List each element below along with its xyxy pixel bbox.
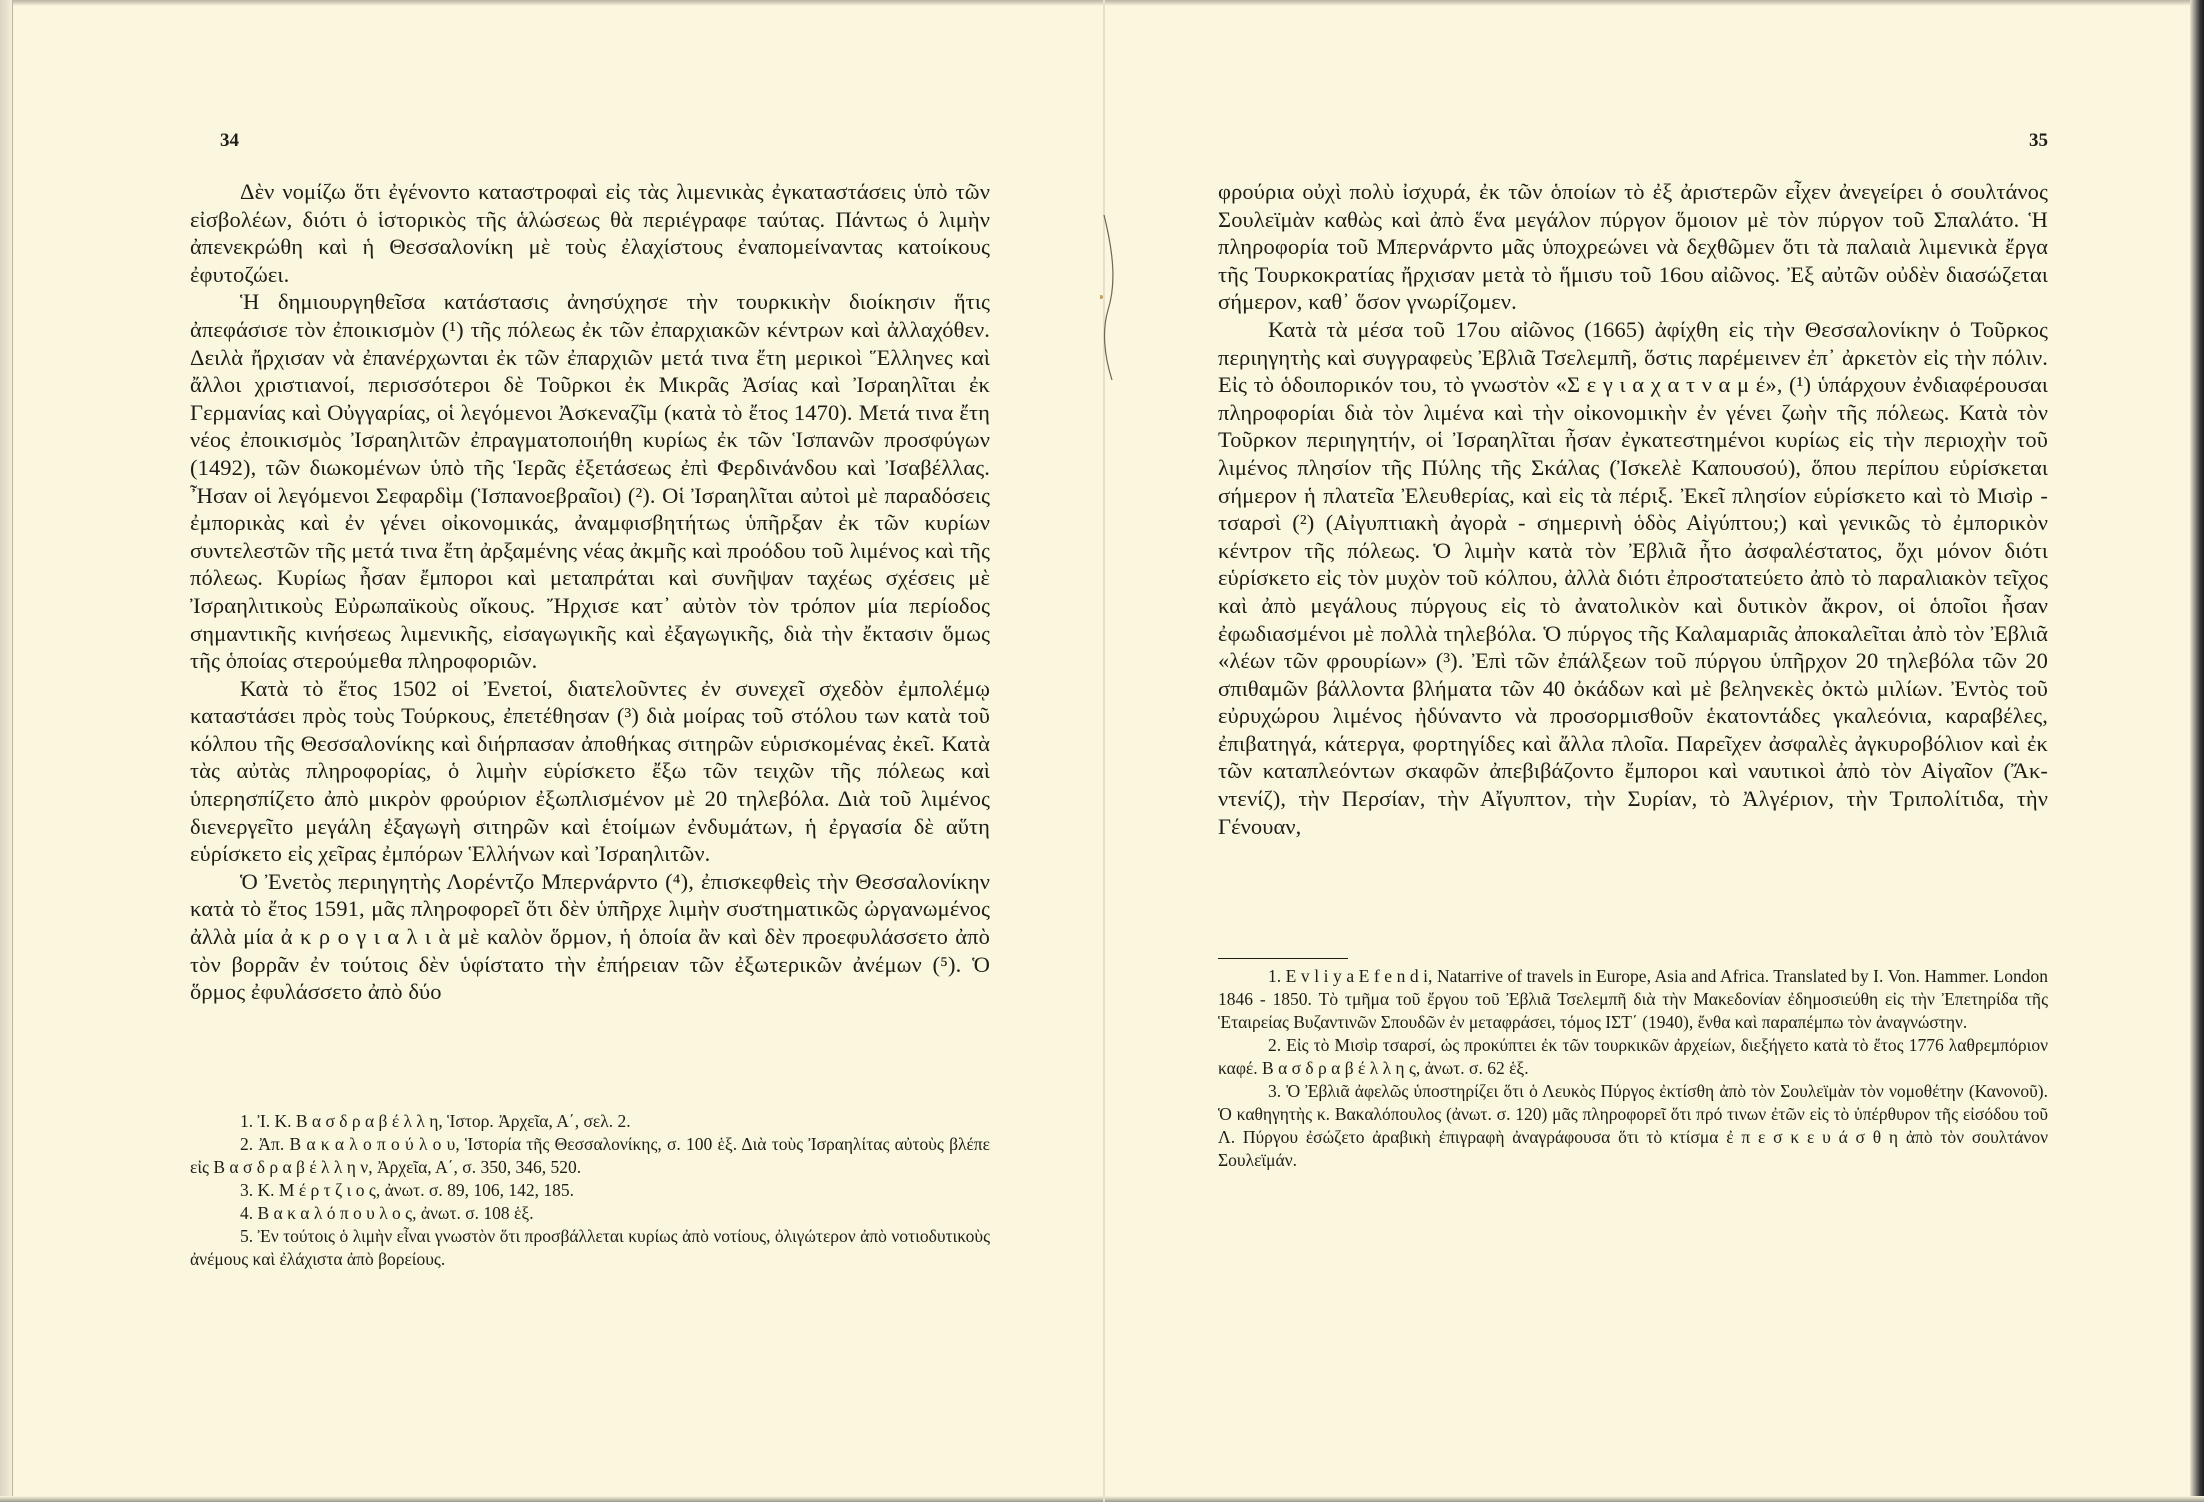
paragraph: Ἡ δημιουργηθεῖσα κατάστασις ἀνησύχησε τὴ…: [190, 288, 990, 674]
page-number: 34: [220, 130, 239, 152]
footnote-separator: [1218, 958, 1348, 959]
left-page: 34 Δὲν νομίζω ὅτι ἐγένοντο καταστροφαὶ ε…: [190, 0, 990, 1502]
footnote: 5. Ἐν τούτοις ὁ λιμὴν εἶναι γνωστὸν ὅτι …: [190, 1225, 990, 1271]
right-page: 35 φρούρια οὐχὶ πολὺ ἰσχυρά, ἐκ τῶν ὁποί…: [1218, 0, 2048, 1502]
paragraph: Δὲν νομίζω ὅτι ἐγένοντο καταστροφαὶ εἰς …: [190, 178, 990, 288]
left-page-footnotes: 1. Ἰ. Κ. Β α σ δ ρ α β έ λ λ η, Ἱστορ. Ἀ…: [190, 1110, 990, 1271]
book-right-edge: [2190, 0, 2204, 1502]
paragraph: Κατὰ τὸ ἔτος 1502 οἱ Ἐνετοί, διατελοῦντε…: [190, 675, 990, 868]
footnote: 2. Εἰς τὸ Μισὶρ τσαρσί, ὡς προκύπτει ἐκ …: [1218, 1034, 2048, 1080]
footnote: 2. Ἀπ. Β α κ α λ ο π ο ύ λ ο υ, Ἱστορία …: [190, 1133, 990, 1179]
footnote: 1. Ἰ. Κ. Β α σ δ ρ α β έ λ λ η, Ἱστορ. Ἀ…: [190, 1110, 990, 1133]
footnote: 4. Β α κ α λ ό π ο υ λ ο ς, ἀνωτ. σ. 108…: [190, 1202, 990, 1225]
footnote: 3. Κ. Μ έ ρ τ ζ ι ο ς, ἀνωτ. σ. 89, 106,…: [190, 1179, 990, 1202]
page-number: 35: [2029, 130, 2048, 152]
right-page-footnotes: 1. E v l i y a E f e n d i, Natarrive of…: [1218, 965, 2048, 1172]
binding-thread-mark: [1100, 215, 1120, 380]
paragraph: φρούρια οὐχὶ πολὺ ἰσχυρά, ἐκ τῶν ὁποίων …: [1218, 178, 2048, 316]
book-spread: 34 Δὲν νομίζω ὅτι ἐγένοντο καταστροφαὶ ε…: [0, 0, 2204, 1502]
footnote: 1. E v l i y a E f e n d i, Natarrive of…: [1218, 965, 2048, 1034]
left-page-body: Δὲν νομίζω ὅτι ἐγένοντο καταστροφαὶ εἰς …: [190, 178, 990, 1006]
paragraph: Ὁ Ἐνετὸς περιηγητὴς Λορέντζο Μπερνάρντο …: [190, 868, 990, 1006]
paragraph: Κατὰ τὰ μέσα τοῦ 17ου αἰῶνος (1665) ἀφίχ…: [1218, 316, 2048, 840]
right-page-body: φρούρια οὐχὶ πολὺ ἰσχυρά, ἐκ τῶν ὁποίων …: [1218, 178, 2048, 840]
book-left-edge: [0, 0, 13, 1502]
footnote: 3. Ὁ Ἐβλιᾶ ἀφελῶς ὑποστηρίζει ὅτι ὁ Λευκ…: [1218, 1080, 2048, 1172]
